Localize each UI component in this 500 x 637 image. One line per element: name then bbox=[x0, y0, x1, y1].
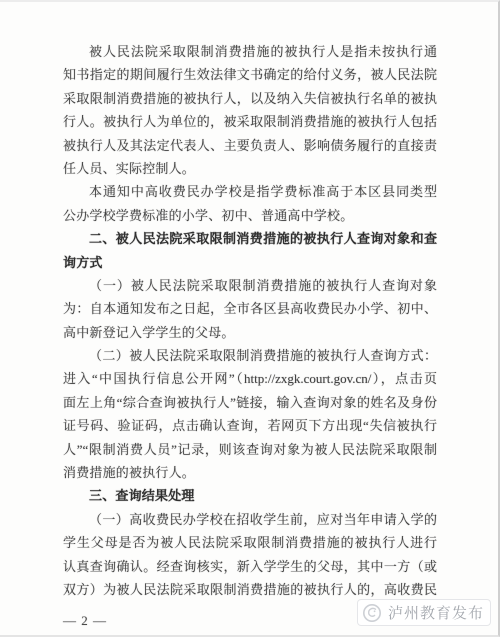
text-line: 三、查询结果处理 bbox=[63, 484, 437, 507]
text-line: 任人员、实际控制人。 bbox=[63, 157, 437, 180]
text-line: （一）被人民法院采取限制消费措施的被执行人查询对象 bbox=[63, 274, 437, 297]
text-line: 行人。被执行人为单位的，被采取限制消费措施的被执行人包括 bbox=[63, 110, 437, 133]
document-page: 被人民法院采取限制消费措施的被执行人是指未按执行通知书指定的期间履行生效法律文书… bbox=[0, 0, 500, 637]
text-line: 知书指定的期间履行生效法律文书确定的给付义务，被人民法院 bbox=[63, 63, 437, 86]
text-line: 学生父母是否为被人民法院采取限制消费措施的被执行人进行 bbox=[63, 531, 437, 554]
text-line: 公办学校学费标准的小学、初中、普通高中学校。 bbox=[63, 204, 437, 227]
text-line: 被执行人及其法定代表人、主要负责人、影响债务履行的直接责 bbox=[63, 134, 437, 157]
text-line: （一）高收费民办学校在招收学生前，应对当年申请入学的 bbox=[63, 508, 437, 531]
document-body: 被人民法院采取限制消费措施的被执行人是指未按执行通知书指定的期间履行生效法律文书… bbox=[63, 40, 437, 601]
page-number: — 2 — bbox=[63, 613, 107, 628]
text-line: 询方式 bbox=[63, 251, 437, 274]
text-line: 消费措施的被执行人。 bbox=[63, 461, 437, 484]
text-line: 二、被人民法院采取限制消费措施的被执行人查询对象和查 bbox=[63, 227, 437, 250]
text-line: 被人民法院采取限制消费措施的被执行人是指未按执行通 bbox=[63, 40, 437, 63]
text-line: 双方）为被人民法院采取限制消费措施的被执行人的，高收费民 bbox=[63, 578, 437, 601]
text-line: 本通知中高收费民办学校是指学费标准高于本区县同类型 bbox=[63, 180, 437, 203]
text-line: （二）被人民法院采取限制消费措施的被执行人查询方式： bbox=[63, 344, 437, 367]
text-line: 人”“限制消费人员”记录，则该查询对象为被人民法院采取限制 bbox=[63, 438, 437, 461]
text-line: 高中新登记入学学生的父母。 bbox=[63, 321, 437, 344]
text-line: 证号码、验证码，点击确认查询，若网页下方出现“失信被执行 bbox=[63, 414, 437, 437]
watermark-badge: 泸州教育发布 bbox=[357, 599, 491, 626]
watermark-text: 泸州教育发布 bbox=[388, 602, 484, 623]
text-line: 面左上角“综合查询被执行人”链接，输入查询对象的姓名及身份 bbox=[63, 391, 437, 414]
text-line: 进入“中国执行信息公开网”（http://zxgk.court.gov.cn/）… bbox=[63, 367, 437, 390]
text-line: 认真查询确认。经查询核实，新入学学生的父母，其中一方（或 bbox=[63, 555, 437, 578]
watermark-logo-icon bbox=[362, 603, 382, 623]
text-line: 采取限制消费措施的被执行人，以及纳入失信被执行名单的被执 bbox=[63, 87, 437, 110]
text-line: 为：自本通知发布之日起，全市各区县高收费民办小学、初中、 bbox=[63, 297, 437, 320]
